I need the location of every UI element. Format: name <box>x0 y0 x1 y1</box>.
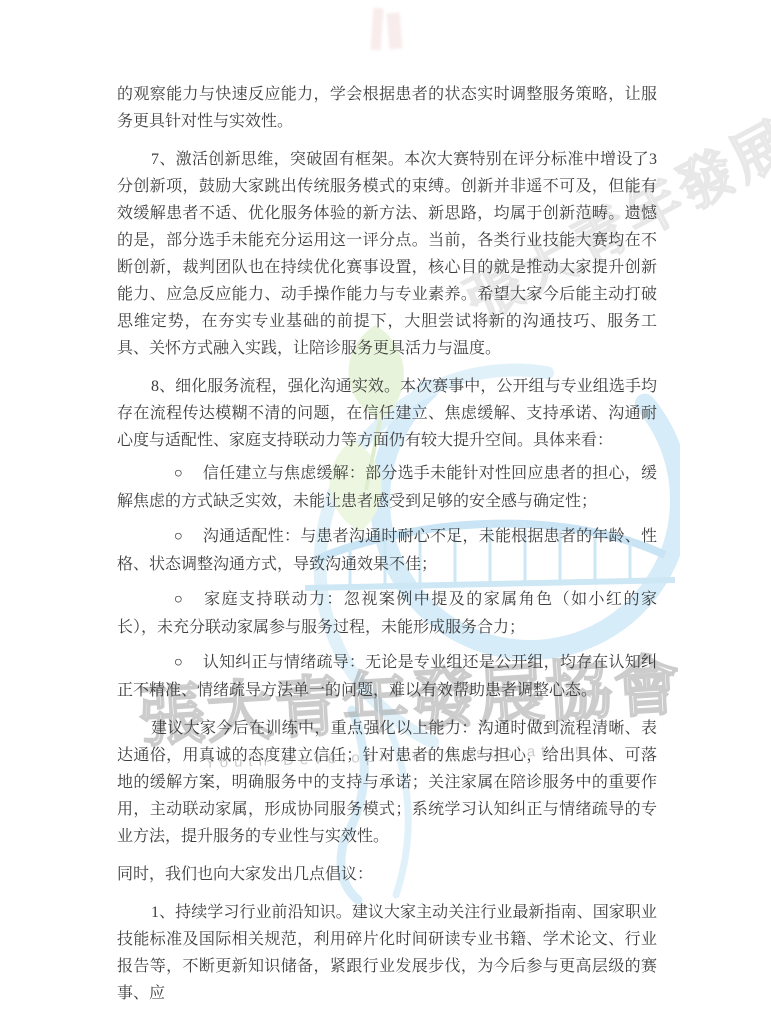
bullet-text: 认知纠正与情绪疏导：无论是专业组还是公开组，均存在认知纠正不精准、情绪疏导方法单… <box>117 654 657 699</box>
bullet-marker: ○ <box>146 522 182 549</box>
bullet-text: 信任建立与焦虑缓解：部分选手未能针对性回应患者的担心，缓解焦虑的方式缺乏实效，未… <box>117 465 657 510</box>
paragraph-advice: 建议大家今后在训练中，重点强化以上能力：沟通时做到流程清晰、表达通俗，用真诚的态… <box>117 715 657 850</box>
paragraph-continuation: 的观察能力与快速反应能力，学会根据患者的状态实时调整服务策略，让服务更具针对性与… <box>117 81 657 135</box>
paragraph-item-8: 8、细化服务流程，强化沟通实效。本次赛事中，公开组与专业组选手均存在流程传达模糊… <box>117 373 657 454</box>
bullet-text: 家庭支持联动力：忽视案例中提及的家属角色（如小红的家长），未充分联动家属参与服务… <box>117 591 657 636</box>
faint-red-stamp-mark <box>371 8 384 51</box>
bullet-item-communication: ○沟通适配性：与患者沟通时耐心不足，未能根据患者的年龄、性格、状态调整沟通方式，… <box>117 523 657 578</box>
bullet-item-trust: ○信任建立与焦虑缓解：部分选手未能针对性回应患者的担心，缓解焦虑的方式缺乏实效，… <box>117 460 657 515</box>
paragraph-proposal-intro: 同时，我们也向大家发出几点倡议： <box>117 861 657 888</box>
paragraph-proposal-1: 1、持续学习行业前沿知识。建议大家主动关注行业最新指南、国家职业技能标准及国际相… <box>117 899 657 1007</box>
paragraph-item-7: 7、激活创新思维，突破固有框架。本次大赛特别在评分标准中增设了3分创新项，鼓励大… <box>117 146 657 362</box>
bullet-marker: ○ <box>146 585 182 612</box>
document-page: 張大青年發展協會 張大青年發展協會 Youth Development Asso… <box>0 0 771 1024</box>
bullet-item-cognition: ○认知纠正与情绪疏导：无论是专业组还是公开组，均存在认知纠正不精准、情绪疏导方法… <box>117 649 657 704</box>
faint-red-stamp-mark <box>386 13 402 50</box>
document-content: 的观察能力与快速反应能力，学会根据患者的状态实时调整服务策略，让服务更具针对性与… <box>117 81 657 1018</box>
bullet-item-family: ○家庭支持联动力：忽视案例中提及的家属角色（如小红的家长），未充分联动家属参与服… <box>117 586 657 641</box>
bullet-marker: ○ <box>146 459 182 486</box>
bullet-marker: ○ <box>146 648 182 675</box>
bullet-text: 沟通适配性：与患者沟通时耐心不足，未能根据患者的年龄、性格、状态调整沟通方式，导… <box>117 528 657 573</box>
